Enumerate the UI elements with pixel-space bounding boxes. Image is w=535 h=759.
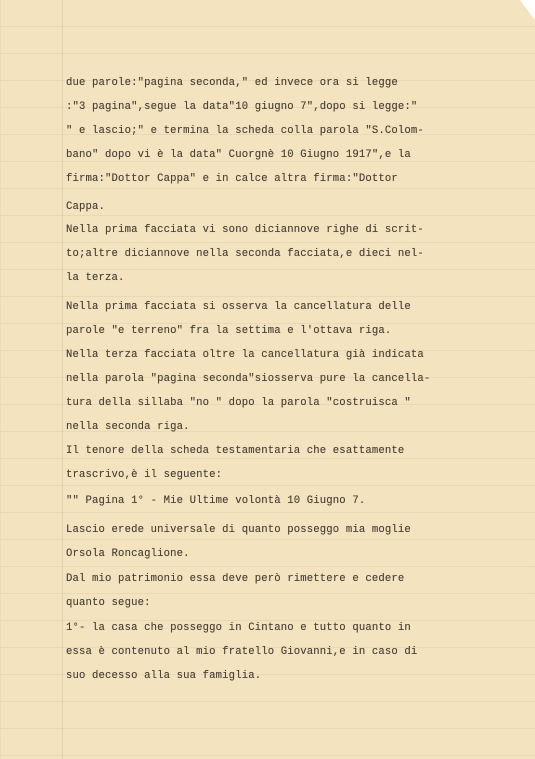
text-line-25: suo decesso alla sua famiglia. [66,669,261,683]
text-line-8: to;altre diciannove nella seconda faccia… [66,247,424,261]
text-line-13: nella parola "pagina seconda"siosserva p… [66,372,430,386]
text-line-18: "" Pagina 1° - Mie Ultime volontà 10 Giu… [66,494,365,508]
text-line-6: Cappa. [66,200,105,214]
text-line-24: essa è contenuto al mio fratello Giovann… [66,645,417,659]
text-line-14: tura della sillaba "no " dopo la parola … [66,396,411,410]
text-line-5: firma:"Dottor Cappa" e in calce altra fi… [66,172,398,186]
text-line-23: 1°- la casa che posseggo in Cintano e tu… [66,621,411,635]
text-line-22: quanto segue: [66,596,151,610]
text-line-10: Nella prima facciata si osserva la cance… [66,300,411,314]
text-line-20: Orsola Roncaglione. [66,547,190,561]
text-line-21: Dal mio patrimonio essa deve però rimett… [66,572,404,586]
text-line-11: parole "e terreno" fra la settima e l'ot… [66,324,391,338]
text-line-9: la terza. [66,271,125,285]
text-line-7: Nella prima facciata vi sono diciannove … [66,223,424,237]
document-page: due parole:"pagina seconda," ed invece o… [0,0,535,759]
text-line-12: Nella terza facciata oltre la cancellatu… [66,348,424,362]
text-line-19: Lascio erede universale di quanto posseg… [66,523,411,537]
margin-line [62,0,63,759]
text-line-17: trascrivo,è il seguente: [66,468,222,482]
text-line-15: nella seconda riga. [66,420,190,434]
text-line-4: bano" dopo vi è la data" Cuorgnè 10 Giug… [66,148,411,162]
text-line-1: due parole:"pagina seconda," ed invece o… [66,76,398,90]
text-line-16: Il tenore della scheda testamentaria che… [66,444,404,458]
text-line-2: :"3 pagina",segue la data"10 giugno 7",d… [66,100,417,114]
text-line-3: " e lascio;" e termina la scheda colla p… [66,124,424,138]
